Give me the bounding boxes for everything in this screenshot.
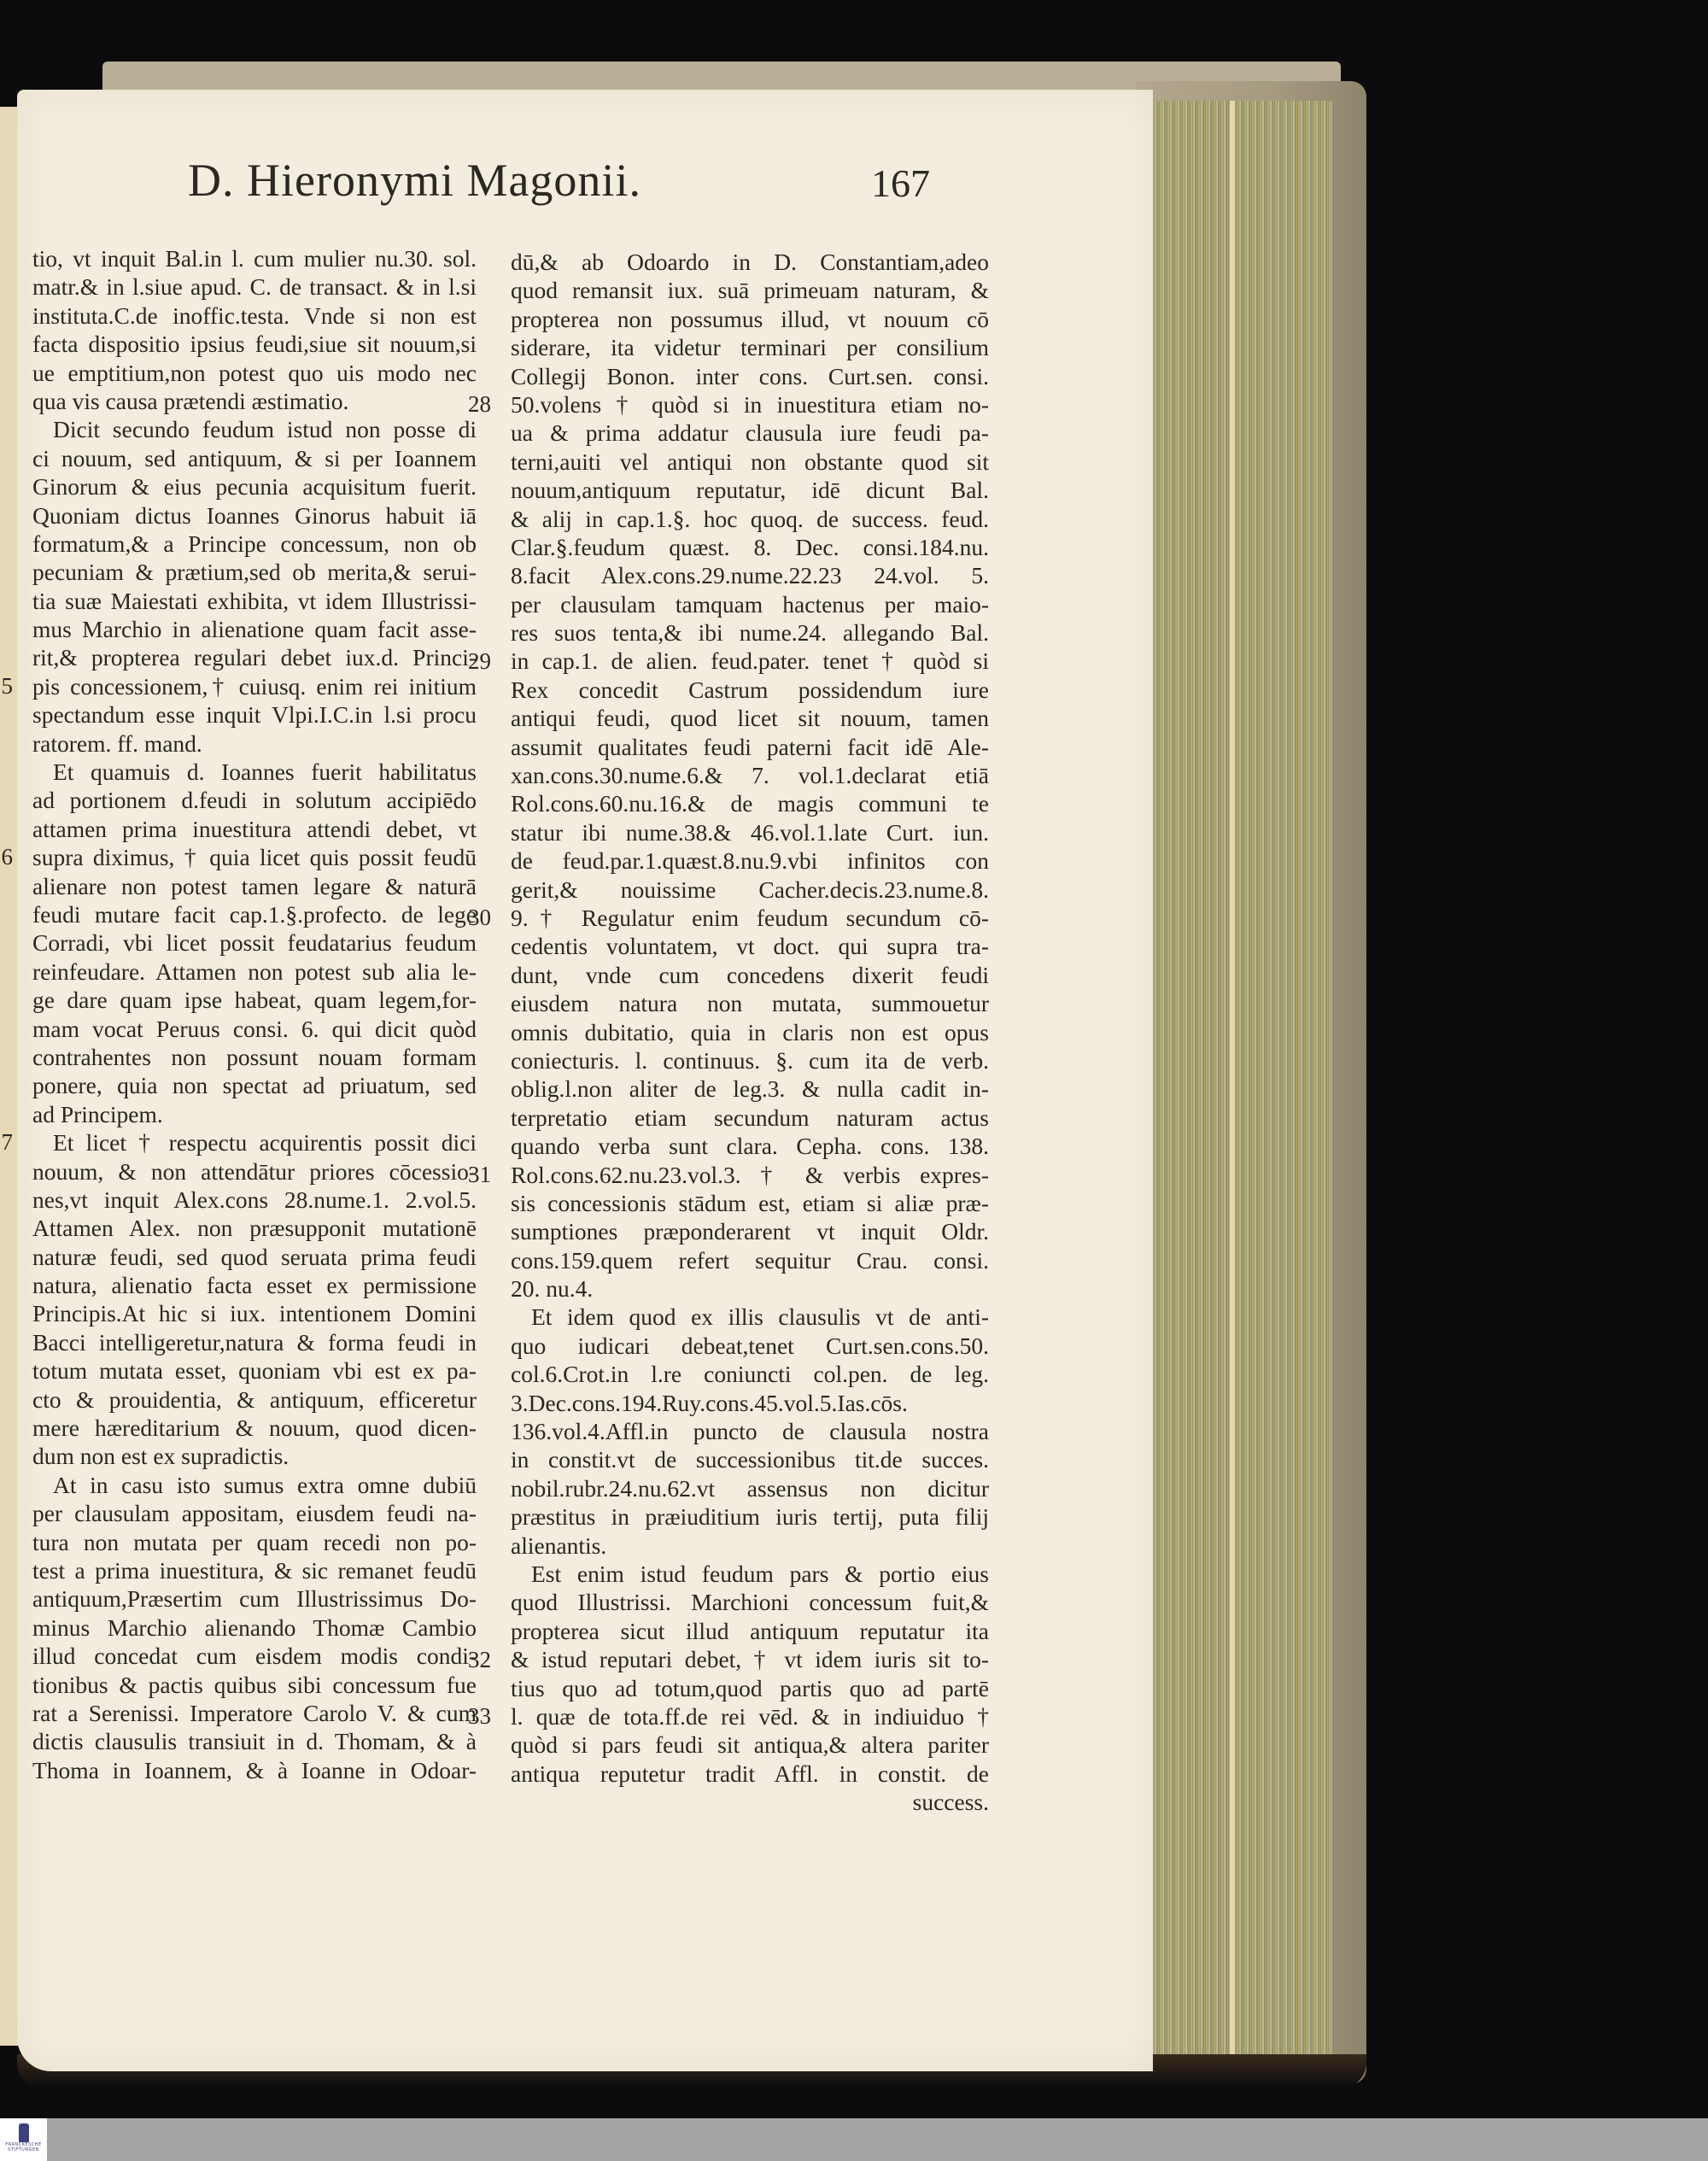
text-line: 136.vol.4.Affl.in puncto de clausula nos… [511,1417,989,1445]
text-line: siderare, ita videtur terminari per cons… [511,333,989,361]
text-line: totum mutata esset, quoniam vbi est ex p… [32,1356,477,1385]
text-line: minus Marchio alienando Thomæ Cambio [32,1613,477,1642]
text-line: antiquum,Præsertim cum Illustrissimus Do… [32,1584,477,1613]
text-line: ad Principem. [32,1100,477,1128]
marginal-note-number: 32 [468,1646,491,1674]
text-line: Rex concedit Castrum possidendum iure [511,676,989,704]
text-line: terni,auiti vel antiqui non obstante quo… [511,448,989,476]
text-line: pis concessionem,† cuiusq. enim rei init… [32,672,477,700]
text-line: ge dare quam ipse habeat, quam legem,for… [32,986,477,1014]
running-head: D. Hieronymi Magonii. [188,154,641,207]
text-line: Rol.cons.62.nu.23.vol.3. † & verbis expr… [511,1161,989,1189]
marginal-note-number: 31 [468,1161,491,1189]
text-line: antiqui feudi, quod licet sit nouum, tam… [511,704,989,732]
marginal-note-number: 25 [0,672,13,700]
right-text-column: dū,& ab Odoardo in D. Constantiam,adeoqu… [511,248,989,1816]
text-line: dictis clausulis transiuit in d. Thomam,… [32,1727,477,1755]
text-line: dū,& ab Odoardo in D. Constantiam,adeo [511,248,989,276]
text-line: success. [511,1788,989,1816]
text-line: assumit qualitates feudi paterni facit i… [511,733,989,761]
text-line: terpretatio etiam secundum naturam actus [511,1104,989,1132]
institution-logo[interactable]: FRANCKESCHE STIFTUNGEN [0,2118,47,2161]
text-line: sumptiones præponderarent vt inquit Oldr… [511,1217,989,1245]
text-line: Attamen Alex. non præsupponit mutationē [32,1214,477,1242]
text-line: quod Illustrissi. Marchioni concessum fu… [511,1588,989,1616]
text-line: quando verba sunt clara. Cepha. cons. 13… [511,1132,989,1160]
marginal-note-number: 28 [468,390,491,419]
text-line: ponere, quia non spectat ad priuatum, se… [32,1071,477,1099]
text-line: alienare non potest tamen legare & natur… [32,872,477,900]
text-line: per clausulam appositam, eiusdem feudi n… [32,1499,477,1527]
text-line: cto & prouidentia, & antiquum, efficeret… [32,1385,477,1414]
text-line: matr.& in l.siue apud. C. de transact. &… [32,272,477,301]
text-line: Est enim istud feudum pars & portio eius [511,1560,989,1588]
text-line: tura non mutata per quam recedi non po- [32,1528,477,1556]
text-line: statur ibi nume.38.& 46.vol.1.late Curt.… [511,818,989,846]
text-line: nes,vt inquit Alex.cons 28.nume.1. 2.vol… [32,1186,477,1214]
text-line: coniecturis. l. continuus. §. cum ita de… [511,1046,989,1075]
text-line: eiusdem natura non mutata, summouetur [511,989,989,1017]
text-line: At in casu isto sumus extra omne dubiū [32,1471,477,1499]
text-line: Thoma in Ioannem, & à Ioanne in Odoar- [32,1756,477,1784]
gilt-fore-edge [1153,101,1332,2059]
text-line: tio, vt inquit Bal.in l. cum mulier nu.3… [32,244,477,272]
text-line: tionibus & pactis quibus sibi concessum … [32,1671,477,1699]
text-line: 8.facit Alex.cons.29.nume.22.23 24.vol. … [511,561,989,589]
text-line: cons.159.quem refert sequitur Crau. cons… [511,1246,989,1274]
text-line: alienantis. [511,1531,989,1560]
text-line: antiqua reputetur tradit Affl. in consti… [511,1760,989,1788]
text-line: de feud.par.1.quæst.8.nu.9.vbi infinitos… [511,846,989,875]
text-line: dunt, vnde cum concedens dixerit feudi [511,961,989,989]
text-line: 50.volens † quòd si in inuestitura etiam… [511,390,989,419]
text-line: 20. nu.4. [511,1274,989,1303]
text-line: nouum, & non attendātur priores cōcessio… [32,1157,477,1186]
text-line: formatum,& a Principe concessum, non ob [32,530,477,558]
text-line: supra diximus, † quia licet quis possit … [32,843,477,871]
text-line: attamen prima inuestitura attendi debet,… [32,815,477,843]
text-line: illud concedat cum eisdem modis condi- [32,1642,477,1670]
text-line: sis concessionis stādum est, etiam si al… [511,1189,989,1217]
text-line: ad portionem d.feudi in solutum accipiēd… [32,786,477,814]
text-line: in cap.1. de alien. feud.pater. tenet † … [511,647,989,675]
left-text-column: tio, vt inquit Bal.in l. cum mulier nu.3… [32,244,477,1784]
page-number: 167 [871,161,930,206]
text-line: 3.Dec.cons.194.Ruy.cons.45.vol.5.Ias.cōs… [511,1389,989,1417]
text-line: Ginorum & eius pecunia acquisitum fuerit… [32,472,477,501]
text-line: quod remansit iux. suā primeuam naturam,… [511,276,989,304]
text-line: cedentis voluntatem, vt doct. qui supra … [511,932,989,960]
text-line: ci nouum, sed antiquum, & si per Ioannem [32,444,477,472]
text-line: ua & prima addatur clausula iure feudi p… [511,419,989,447]
text-line: & istud reputari debet, † vt idem iuris … [511,1645,989,1673]
text-line: contrahentes non possunt nouam formam [32,1043,477,1071]
text-line: per clausulam tamquam hactenus per maio- [511,590,989,618]
text-line: test a prima inuestitura, & sic remanet … [32,1556,477,1584]
text-line: præstitus in præiuditium iuris tertij, p… [511,1502,989,1531]
text-line: Quoniam dictus Ioannes Ginorus habuit iā [32,501,477,530]
text-line: quo iudicari debeat,tenet Curt.sen.cons.… [511,1332,989,1360]
text-line: & alij in cap.1.§. hoc quoq. de success.… [511,505,989,533]
text-line: instituta.C.de inoffic.testa. Vnde si no… [32,302,477,330]
text-line: spectandum esse inquit Vlpi.I.C.in l.si … [32,700,477,729]
text-line: mam vocat Peruus consi. 6. qui dicit quò… [32,1015,477,1043]
text-line: res suos tenta,& ibi nume.24. allegando … [511,618,989,647]
text-line: Et licet † respectu acquirentis possit d… [32,1128,477,1157]
text-line: dum non est ex supradictis. [32,1442,477,1470]
text-line: propterea sicut illud antiquum reputatur… [511,1617,989,1645]
text-line: oblig.l.non aliter de leg.3. & nulla cad… [511,1075,989,1103]
text-line: rat a Serenissi. Imperatore Carolo V. & … [32,1699,477,1727]
text-line: col.6.Crot.in l.re coniuncti col.pen. de… [511,1360,989,1388]
text-line: Bacci intelligeretur,natura & forma feud… [32,1328,477,1356]
text-line: Collegij Bonon. inter cons. Curt.sen. co… [511,362,989,390]
text-line: Et idem quod ex illis clausulis vt de an… [511,1303,989,1331]
text-line: Clar.§.feudum quæst. 8. Dec. consi.184.n… [511,533,989,561]
text-line: in constit.vt de successionibus tit.de s… [511,1445,989,1473]
text-line: tius quo ad totum,quod partis quo ad par… [511,1674,989,1702]
text-line: 9.† Regulatur enim feudum secundum cō- [511,904,989,932]
text-line: l. quæ de tota.ff.de rei vēd. & in indiu… [511,1702,989,1731]
text-line: quòd si pars feudi sit antiqua,& altera … [511,1731,989,1759]
marginal-note-number: 27 [0,1128,13,1157]
text-line: Rol.cons.60.nu.16.& de magis communi te [511,789,989,817]
text-line: nouum,antiquum reputatur, idē dicunt Bal… [511,476,989,504]
text-line: qua vis causa prætendi æstimatio. [32,387,477,415]
text-line: propterea non possumus illud, vt nouum c… [511,305,989,333]
marginal-note-number: 30 [468,904,491,932]
text-line: Principis.At hic si iux. intentionem Dom… [32,1299,477,1327]
marginal-note-number: 33 [468,1702,491,1731]
text-line: Et quamuis d. Ioannes fuerit habilitatus [32,758,477,786]
text-line: feudi mutare facit cap.1.§.profecto. de … [32,900,477,928]
text-line: ratorem. ff. mand. [32,729,477,758]
text-line: ue emptitium,non potest quo uis modo nec [32,359,477,387]
text-line: Dicit secundo feudum istud non posse di [32,415,477,443]
logo-text-line2: STIFTUNGEN [8,2147,39,2152]
text-line: naturæ feudi, sed quod seruata prima feu… [32,1243,477,1271]
text-line: reinfeudare. Attamen non potest sub alia… [32,958,477,986]
text-line: mere hæreditarium & nouum, quod dicen- [32,1414,477,1442]
text-line: omnis dubitatio, quia in claris non est … [511,1018,989,1046]
text-line: natura, alienatio facta esset ex permiss… [32,1271,477,1299]
text-line: xan.cons.30.nume.6.& 7. vol.1.declarat e… [511,761,989,789]
text-line: facta dispositio ipsius feudi,siue sit n… [32,330,477,358]
marginal-note-number: 26 [0,843,13,871]
text-line: pecuniam & prætium,sed ob merita,& serui… [32,558,477,586]
text-line: rit,& propterea regulari debet iux.d. Pr… [32,643,477,671]
marginal-note-number: 29 [468,647,491,676]
fore-edge-gap [1230,101,1235,2059]
text-line: mus Marchio in alienatione quam facit as… [32,615,477,643]
viewer-footer-bar [0,2118,1708,2161]
text-line: Corradi, vbi licet possit feudatarius fe… [32,928,477,957]
text-line: nobil.rubr.24.nu.62.vt assensus non dici… [511,1474,989,1502]
text-line: gerit,& nouissime Cacher.decis.23.nume.8… [511,876,989,904]
statue-icon [19,2123,29,2142]
text-line: tia suæ Maiestati exhibita, vt idem Illu… [32,587,477,615]
